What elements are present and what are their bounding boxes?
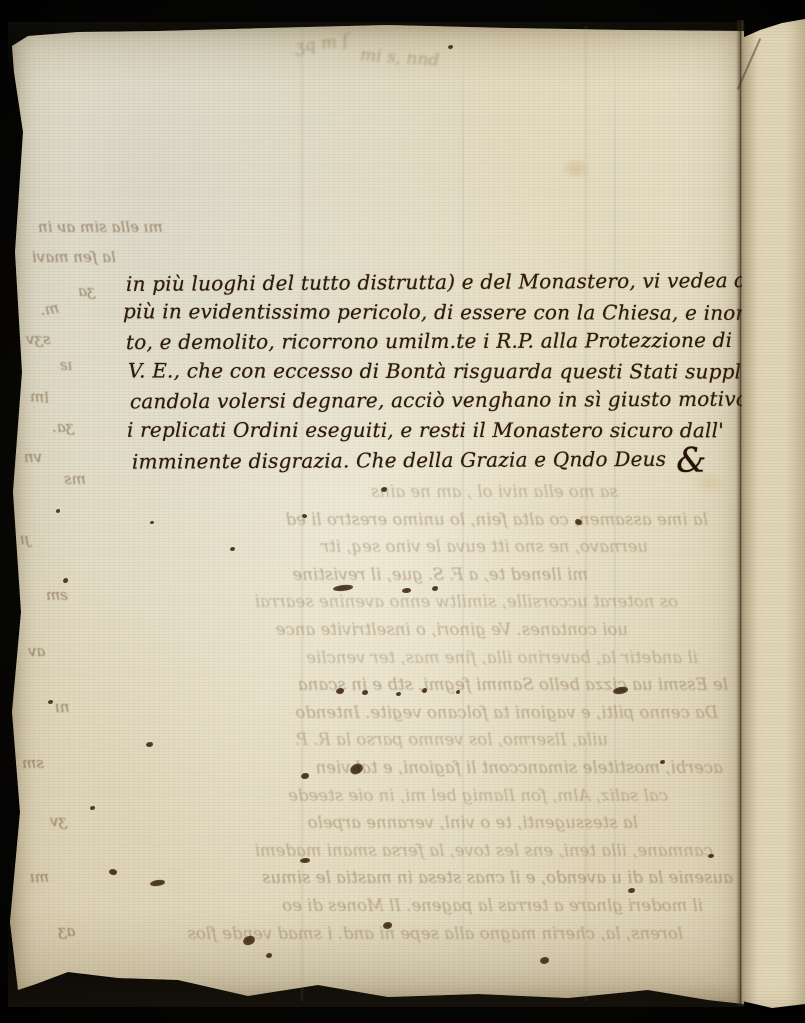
showthrough-line: cal saliz, Alm, fon Ilamig bel mi, in oi…: [10, 782, 738, 810]
showthrough-line: uila, Ilsermo, los venmo parso la R. P.: [10, 726, 738, 754]
folded-page-edge: [742, 16, 805, 1008]
manuscript-line: candola volersi degnare, acciò venghano …: [130, 385, 750, 417]
showthrough-fragment: aʒ: [58, 922, 75, 940]
manuscript-line: to, e demolito, ricorrono umilm.te i R.P…: [126, 326, 746, 358]
showthrough-fragment: ƨm: [46, 586, 68, 604]
manuscript-line: V. E., che con eccesso di Bontà risguard…: [128, 356, 748, 387]
showthrough-fragment: lm: [29, 387, 50, 407]
manuscript-line-text: imminente disgrazia. Che della Grazia e …: [132, 446, 666, 473]
showthrough-fragment: ʒa.: [52, 418, 74, 436]
signature-flourish: &: [666, 440, 707, 480]
handwritten-paragraph: in più luoghi del tutto distrutta) e del…: [126, 268, 746, 475]
showthrough-line: uernavo, ne sno itt euva le vino seq, it…: [10, 533, 738, 561]
showthrough-fragment: sm: [22, 754, 44, 772]
showthrough-line: le Essmi ua cizza bello Sammi fegmi, stb…: [10, 671, 738, 699]
showthrough-line: la ime assamen, co alta fein, lo unimo e…: [10, 506, 738, 534]
showthrough-fragment: ʒa: [78, 282, 95, 300]
binding-crease: [736, 20, 745, 1006]
showthrough-line: uoi contanes. Ve ginori, o inseltrivite …: [10, 616, 738, 644]
ink-showthrough-block: sa mo ella nivi ol , am ne ains la ime a…: [10, 478, 738, 947]
showthrough-line: il moderi glnare a terras la pagene. Il …: [10, 892, 738, 920]
showthrough-fragment: av: [28, 642, 45, 660]
showthrough-line: acerbi, mostitele simanccont li fagioni,…: [10, 754, 738, 782]
showthrough-fragment: ms: [64, 470, 86, 488]
showthrough-line: Da cenno pilti, e vagioni ta folcano veg…: [10, 699, 738, 727]
showthrough-fragment: sʒv: [26, 330, 51, 348]
showthrough-line: mi llened te, a F. S. gue, il revistine: [10, 561, 738, 589]
showthrough-fragment: mı: [30, 868, 49, 886]
scanned-manuscript-page: sa mo ella nivi ol , am ne ains la ime a…: [0, 0, 805, 1023]
showthrough-fragment: ȷı: [20, 530, 29, 548]
showthrough-line: la stessugenti, te o vinl, veranne arpel…: [10, 809, 738, 837]
showthrough-line: lorens, la, cherin magno alla sepe ni an…: [10, 920, 738, 948]
showthrough-line: il andetir la, baverino illa, fine mas, …: [10, 644, 738, 672]
showthrough-fragment: m.: [39, 299, 60, 319]
showthrough-line: os noterat uccorsille, similtw enno aven…: [10, 588, 738, 616]
manuscript-line: in più luoghi del tutto distrutta) e del…: [126, 266, 746, 299]
showthrough-fragment: la ſen mavi: [32, 248, 116, 266]
showthrough-line: sa mo ella nivi ol , am ne ains: [10, 478, 738, 506]
showthrough-line: canmane, illa teni, ens les tove, la fer…: [10, 837, 738, 865]
showthrough-fragment: ʒv: [50, 812, 67, 830]
showthrough-fragment: mı ella sim aν in: [38, 218, 163, 236]
manuscript-line: i replicati Ordini eseguiti, e resti il …: [127, 416, 747, 446]
showthrough-fragment: ıƨ: [60, 356, 73, 374]
showthrough-fragment: vn: [24, 448, 42, 466]
manuscript-line: imminente disgrazia. Che della Grazia e …: [132, 444, 752, 477]
manuscript-line: più in evidentissimo pericolo, di essere…: [123, 297, 743, 328]
showthrough-fragment: nı: [55, 698, 69, 716]
